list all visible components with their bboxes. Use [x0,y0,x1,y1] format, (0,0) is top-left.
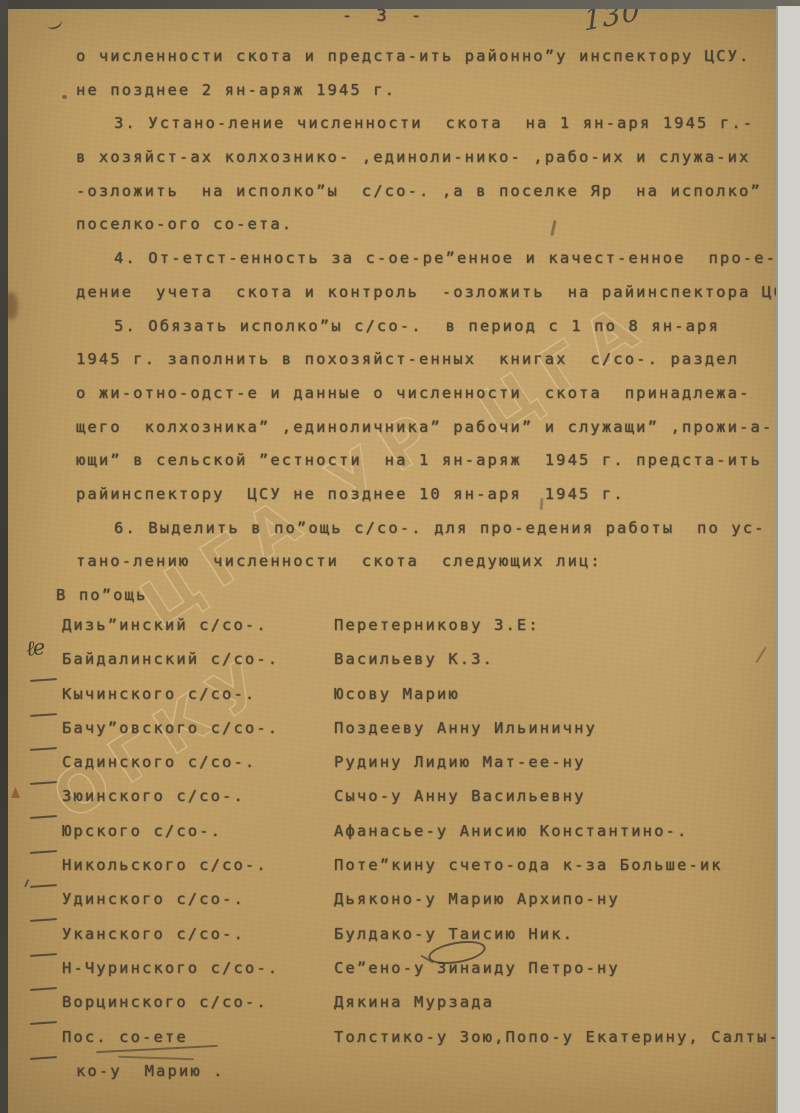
assignment-row: Зюинского с/со-.Сычо-у Анну Васильевну [28,779,798,813]
assignee-name: Юсову Марию [334,677,460,711]
assignment-row: Ворцинского с/со-.Дякина Мурзада [28,985,798,1019]
assignment-row: Н-Чуринского с/со-.Се”ено-у Зинаиду Петр… [28,951,798,985]
typed-line: поселко-ого со-ета. [76,208,752,242]
paper-speck [11,787,20,798]
assignment-row: Юрского с/со-.Афанасье-у Анисию Констант… [28,814,798,848]
page-number: - 3 - [330,6,440,26]
assignee-name: Перетерникову З.Е: [334,608,540,642]
assignee-name: Рудину Лидию Мат-ее-ну [334,745,586,779]
sel-sovet-name: Никольского с/со-. [62,848,334,882]
sel-sovet-name: Кычинского с/со-. [62,677,334,711]
typed-line: 6. Выделить в по”ощь с/со-. для про-еден… [76,512,752,546]
typed-line: о численности скота и предста-ить районн… [76,40,752,74]
scan-edge-right [776,6,800,1113]
typed-line: в хозяйст-ах колхознико- ,единоли-нико- … [76,141,752,175]
scan-edge-left [0,0,8,1113]
paper-speck [62,95,67,99]
assignment-row: Садинского с/со-.Рудину Лидию Мат-ее-ну [28,745,798,779]
sel-sovet-name: Зюинского с/со-. [62,779,334,813]
assignee-name: Дякина Мурзада [334,985,494,1019]
scanned-document-page: ЦГА УР ОГКУ ЦГА - 3 - 130 о численности … [0,0,800,1113]
sel-sovet-name: Садинского с/со-. [62,745,334,779]
assignment-list: ℓeДизь”инский с/со-.Перетерникову З.Е:Ба… [28,608,798,1088]
typed-line: 4. От-етст-енность за с-ое-ре”енное и ка… [76,242,752,276]
typed-line: 5. Обязать исполко”ы с/со-. в период с 1… [76,310,752,344]
sel-sovet-name: Удинского с/со-. [62,882,334,916]
typed-line: о жи-отно-одст-е и данные о численности … [76,377,752,411]
sel-sovet-name: Уканского с/со-. [62,917,334,951]
typed-line: райинспектору ЦСУ не позднее 10 ян-аря 1… [76,478,752,512]
assignee-name: Сычо-у Анну Васильевну [334,779,586,813]
typed-line: не позднее 2 ян-аряж 1945 г. [76,74,752,108]
typed-line: 1945 г. заполнить в похозяйст-енных книг… [76,343,752,377]
typed-line: ющи” в сельской ”естности на 1 ян-аряж 1… [76,444,752,478]
sel-sovet-name: Байдалинский с/со-. [62,642,334,676]
typed-line: дение учета скота и контроль -озложить н… [76,276,752,310]
assignee-name: Афанасье-у Анисию Константино-. [334,814,688,848]
sel-sovet-name: Юрского с/со-. [62,814,334,848]
sel-sovet-name: ко-у Марию . [62,1054,348,1088]
sel-sovet-name: Пос. со-ете [62,1020,334,1054]
assignee-name: Поздееву Анну Ильиничну [334,711,597,745]
typed-line: тано-лению численности скота следующих л… [76,545,752,579]
sel-sovet-name: Бачу”овского с/со-. [62,711,334,745]
scan-edge-top [0,0,800,9]
typed-body-text: о численности скота и предста-ить районн… [76,40,752,613]
assignee-name: Васильеву К.З. [334,642,494,676]
assignment-row: Уканского с/со-.Булдако-у Таисию Ник. [28,917,798,951]
sel-sovet-name: Н-Чуринского с/со-. [62,951,334,985]
assignment-row: ℓeДизь”инский с/со-.Перетерникову З.Е: [28,608,798,642]
assignment-row: ко-у Марию . [28,1054,798,1088]
typed-line: -озложить на исполко”ы с/со-. ,а в посел… [76,175,752,209]
assignment-row: Удинского с/со-.Дьяконо-у Марию Архипо-н… [28,882,798,916]
assignee-name: Поте”кину счето-ода к-за Больше-ик [334,848,723,882]
typed-line: щего колхозника” ,единоличника” рабочи” … [76,411,752,445]
assignee-name: Толстико-у Зою,Попо-у Екатерину, Салты- [334,1020,780,1054]
typed-line: 3. Устано-ление численности скота на 1 я… [76,107,752,141]
sel-sovet-name: Дизь”инский с/со-. [62,608,334,642]
assignment-row: Никольского с/со-.Поте”кину счето-ода к-… [28,848,798,882]
sel-sovet-name: Ворцинского с/со-. [62,985,334,1019]
assignment-row: Бачу”овского с/со-.Поздееву Анну Ильинич… [28,711,798,745]
pen-squiggle-mark [44,13,64,31]
assignee-name: Дьяконо-у Марию Архипо-ну [334,882,620,916]
assignment-row: Байдалинский с/со-.Васильеву К.З. [28,642,798,676]
assignment-row: Кычинского с/со-.Юсову Марию [28,677,798,711]
